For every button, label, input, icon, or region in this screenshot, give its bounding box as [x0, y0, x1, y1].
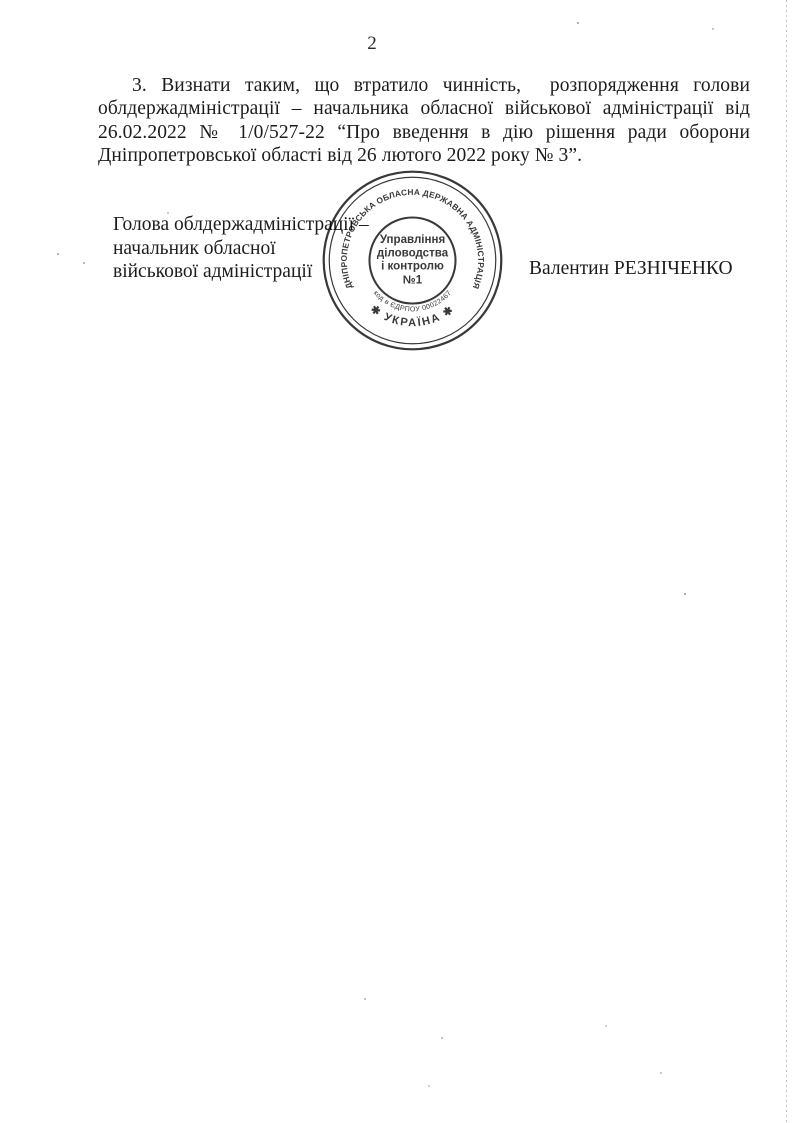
- scan-speck: [684, 593, 686, 595]
- scan-speck: [364, 998, 366, 1000]
- stamp-inner-line: діловодства: [377, 247, 449, 259]
- paragraph-line: облдержадміністрації – начальника обласн…: [98, 97, 750, 120]
- signatory-name: Валентин РЕЗНІЧЕНКО: [529, 258, 733, 280]
- page-number: 2: [358, 33, 386, 55]
- scan-speck: [605, 1025, 607, 1027]
- stamp-inner-line: Управління: [380, 234, 445, 246]
- body-paragraph: 3. Визнати таким, що втратило чинність, …: [98, 74, 750, 168]
- document-page: 2 3. Визнати таким, що втратило чинність…: [0, 0, 794, 1123]
- scan-speck: [83, 262, 85, 264]
- scan-speck: [457, 128, 460, 131]
- scan-speck: [57, 253, 59, 255]
- scan-speck: [428, 1085, 430, 1087]
- scan-speck: [577, 22, 579, 24]
- scan-speck: [712, 28, 714, 30]
- paragraph-line: 3. Визнати таким, що втратило чинність, …: [98, 74, 750, 97]
- official-round-stamp: ДНІПРОПЕТРОВСЬКА ОБЛАСНА ДЕРЖАВНА АДМІНІ…: [320, 168, 505, 353]
- stamp-inner-line: і контролю: [381, 261, 444, 273]
- scan-speck: [167, 212, 169, 214]
- scan-edge-artifact-line: [786, 0, 787, 1123]
- paragraph-line: 26.02.2022 № 1/0/527-22 “Про введення в …: [98, 121, 750, 144]
- stamp-inner-text: Управління діловодства і контролю №1: [377, 234, 449, 287]
- stamp-inner-line: №1: [403, 275, 423, 287]
- scan-speck: [441, 1037, 443, 1039]
- paragraph-line: Дніпропетровської області від 26 лютого …: [98, 144, 750, 167]
- scan-speck: [660, 1072, 662, 1074]
